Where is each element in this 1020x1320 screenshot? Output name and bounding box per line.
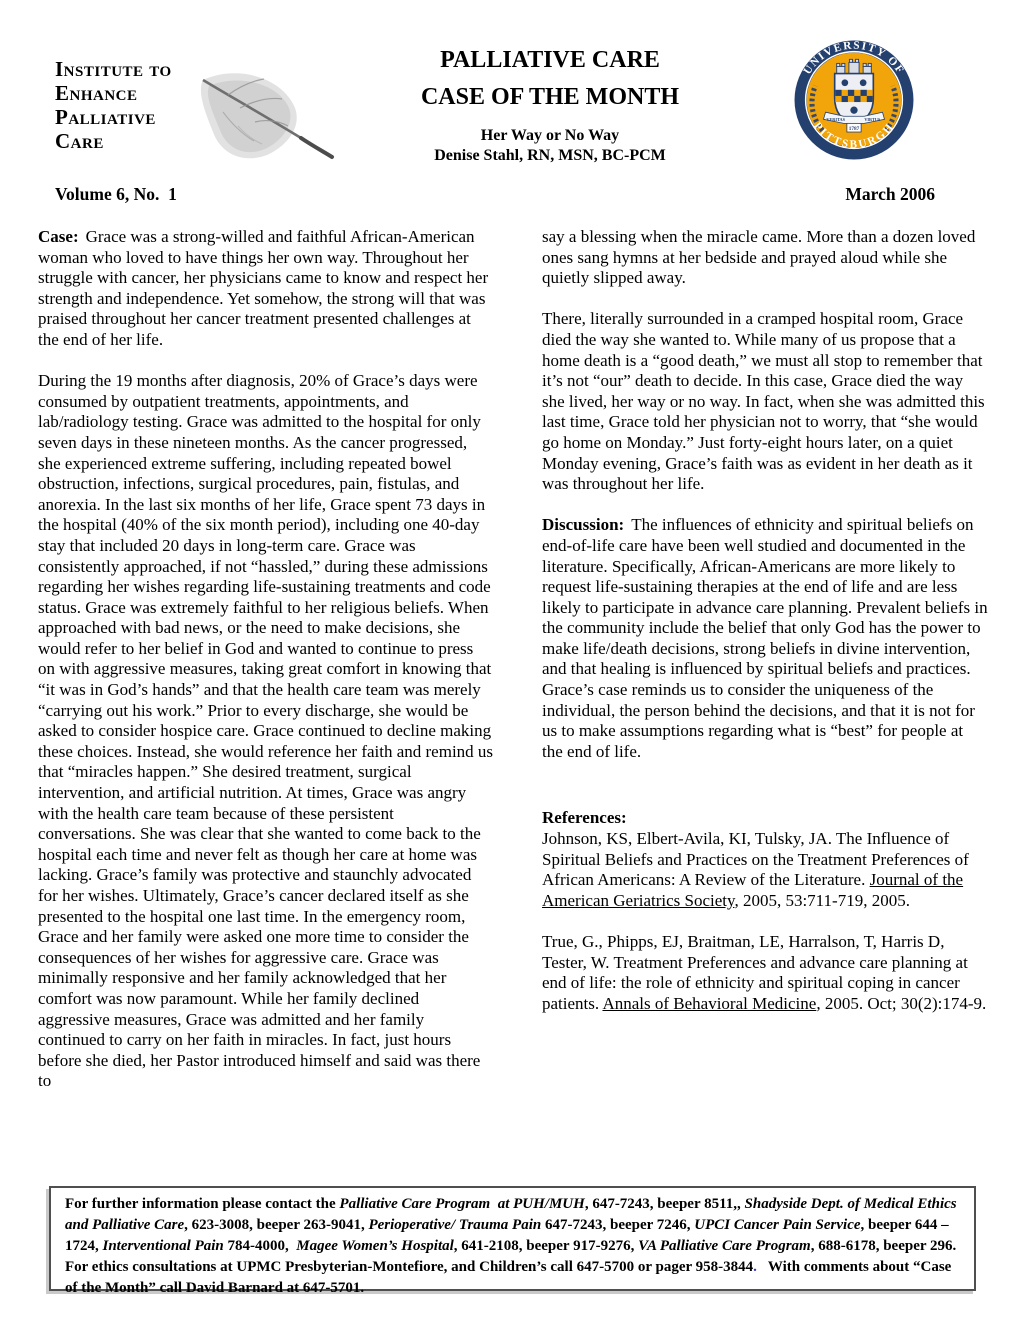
seal-motto-left: VERITAS xyxy=(826,117,845,122)
footer-segment: 784-4000, xyxy=(224,1238,297,1254)
footer-segment: For further information please contact t… xyxy=(65,1196,339,1212)
footer-segment: Perioperative/ Trauma Pain xyxy=(368,1217,541,1233)
org-name: Institute to Enhance Palliative Care xyxy=(55,57,172,153)
case-text: Grace was a strong-willed and faithful A… xyxy=(38,227,488,349)
newsletter-page: Institute to Enhance Palliative Care PAL… xyxy=(0,0,1020,1320)
seal-year: 1787 xyxy=(849,126,860,132)
left-column: Case:Grace was a strong-willed and faith… xyxy=(38,227,494,1113)
case-label: Case: xyxy=(38,227,79,246)
case-author: Denise Stahl, RN, MSN, BC-PCM xyxy=(290,146,810,166)
footer-segment: Palliative Care Program at PUH/MUH xyxy=(339,1196,584,1212)
reference-item: Johnson, KS, Elbert-Avila, KI, Tulsky, J… xyxy=(542,829,988,911)
discussion-paragraph: Discussion:The influences of ethnicity a… xyxy=(542,515,988,762)
org-line: Palliative xyxy=(55,105,172,129)
footer-segment: 647-7243, beeper 7246, xyxy=(541,1217,694,1233)
org-line: Institute to xyxy=(55,57,172,81)
footer-segment: , 647-7243, beeper 8511,, xyxy=(585,1196,745,1212)
case-title: Her Way or No Way xyxy=(290,126,810,146)
right-column: say a blessing when the miracle came. Mo… xyxy=(542,227,988,1113)
reference-item: True, G., Phipps, EJ, Braitman, LE, Harr… xyxy=(542,932,988,1014)
university-seal: UNIVERSITY OF PITTSBURGH xyxy=(793,39,915,166)
death-paragraph: There, literally surrounded in a cramped… xyxy=(542,309,988,494)
footer-segment: VA Palliative Care Program xyxy=(638,1238,811,1254)
issue-info-row: Volume 6, No. 1 March 2006 xyxy=(55,184,935,205)
journal-name: Annals of Behavioral Medicine xyxy=(602,994,816,1013)
issue-date: March 2006 xyxy=(845,184,935,205)
case-paragraph: Case:Grace was a strong-willed and faith… xyxy=(38,227,494,351)
volume-label: Volume 6, No. 1 xyxy=(55,184,177,205)
newsletter-title: PALLIATIVE CARE xyxy=(290,48,810,72)
case-paragraph-2: During the 19 months after diagnosis, 20… xyxy=(38,371,494,1092)
footer-segment: , 623-3008, beeper 263-9041, xyxy=(184,1217,368,1233)
discussion-label: Discussion: xyxy=(542,515,624,534)
org-line: Enhance xyxy=(55,81,172,105)
org-line: Care xyxy=(55,129,172,153)
footer-segment: Interventional Pain xyxy=(103,1238,224,1254)
footer-segment: UPCI Cancer Pain Service xyxy=(694,1217,860,1233)
references-heading: References: xyxy=(542,808,988,829)
reference-text: , 2005, 53:711-719, 2005. xyxy=(734,891,910,910)
newsletter-subtitle-line: CASE OF THE MONTH xyxy=(290,85,810,109)
discussion-text: The influences of ethnicity and spiritua… xyxy=(542,515,988,761)
reference-text: , 2005. Oct; 30(2):174-9. xyxy=(816,994,986,1013)
footer-segment: Magee Women’s Hospital xyxy=(296,1238,454,1254)
article-body: Case:Grace was a strong-willed and faith… xyxy=(38,227,988,1113)
continuation-paragraph: say a blessing when the miracle came. Mo… xyxy=(542,227,988,289)
footer-segment: , 641-2108, beeper 917-9276, xyxy=(454,1238,638,1254)
seal-motto-right: VIRTUS xyxy=(864,117,881,122)
contact-info-box: For further information please contact t… xyxy=(49,1186,976,1291)
masthead: PALLIATIVE CARE CASE OF THE MONTH Her Wa… xyxy=(290,48,810,166)
